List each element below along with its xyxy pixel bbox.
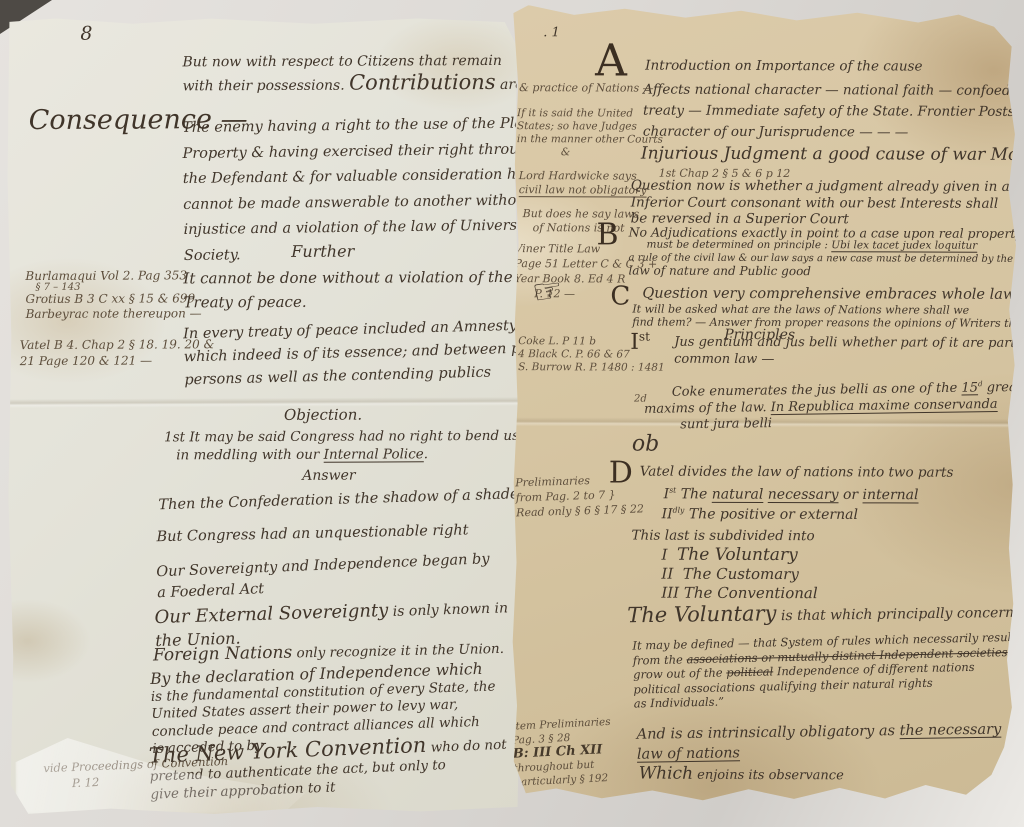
list-item: I The Voluntary (661, 546, 817, 566)
injurious-judgment-line: Injurious Judgment a good cause of war M… (641, 144, 1024, 166)
margin-note-practice: & practice of Nations — (519, 81, 654, 94)
section-letter-c: C (610, 281, 630, 311)
intrinsically-obligatory-paragraph: And is as intrinsically obligatory as th… (637, 720, 1002, 765)
left-page-number: 8 (80, 23, 92, 45)
positive-external-line: IIdly The positive or external (662, 506, 858, 523)
right-page-number: . 1 (543, 25, 560, 40)
manuscript-photo: 8 But now with respect to Citizens that … (0, 0, 1024, 827)
margin-note-coke-blackstone-burrow: Coke L. P 11 b 4 Black C. P. 66 & 67 S. … (518, 335, 665, 375)
further-heading: Further (291, 242, 354, 261)
coke-paragraph: Coke enumerates the jus belli as one of … (644, 376, 1023, 435)
objection-heading: Objection. (284, 406, 362, 424)
answer-point-2: But Congress had an unquestionable right (156, 522, 468, 545)
vattel-divides-line: Vatel divides the law of nations into tw… (640, 464, 954, 481)
subdivision-list: I The Voluntary II The Customary III The… (661, 546, 818, 604)
subdivided-intro-line: This last is subdivided into (632, 528, 815, 545)
section-letter-a: A (595, 35, 627, 86)
answer-heading: Answer (302, 468, 355, 484)
jus-gentium-paragraph: Jus gentium and jus belli whether part o… (674, 334, 1024, 369)
question-paragraph: Question now is whether a judgment alrea… (631, 178, 1019, 229)
margin-note-hardwicke: Lord Hardwicke says civil law not obliga… (519, 169, 647, 197)
section-c-heading: Question very comprehensive embraces who… (642, 286, 1024, 304)
amnesty-paragraph: In every treaty of peace included an Amn… (183, 314, 564, 393)
list-item: II The Customary (661, 565, 817, 585)
which-enjoins-line: Which enjoins its observance (639, 764, 844, 785)
left-manuscript-page: 8 But now with respect to Citizens that … (4, 15, 523, 817)
fold-crease (6, 397, 522, 408)
answer-point-1: Then the Confederation is the shadow of … (158, 486, 524, 513)
natural-necessary-line: Ist The natural necessary or internal (664, 486, 919, 504)
margin-note-law-of-nations: But does he say laws of Nations is not (523, 207, 640, 235)
section-flourish-mark: ob (632, 432, 659, 457)
section-b-paragraph: No Adjudications exactly in point to a c… (628, 226, 1022, 279)
objection-paragraph: 1st It may be said Congress had no right… (164, 427, 519, 465)
further-margin-citation: Burlamaqui Vol 2. Pag 353 § 7 – 143 Grot… (25, 268, 201, 322)
voluntary-heading: The Voluntary is that which principally … (627, 597, 1024, 627)
voluntary-definition-paragraph: It may be defined — that System of rules… (632, 630, 1017, 711)
margin-note-preliminaries: Preliminaries from Pag. 2 to 7 } Read on… (515, 471, 644, 520)
section-a-heading: Introduction on Importance of the cause (645, 58, 922, 75)
margin-note-item-preliminaries: Item Preliminaries Pag. 3 § 28 B: III Ch… (511, 715, 614, 790)
margin-note-judges: If it is said the United States; so have… (517, 107, 663, 160)
section-letter-b: B (597, 217, 619, 252)
answer-point-3: Our Sovereignty and Independence began b… (156, 549, 491, 604)
section-a-paragraph: Affects national character — national fa… (643, 80, 1024, 144)
manicule-pointer-icon: ☞ (530, 269, 566, 313)
further-paragraph: It cannot be done without a violation of… (183, 265, 512, 314)
consequence-paragraph: The enemy having a right to the use of t… (182, 111, 567, 269)
right-manuscript-page: . 1 A Introduction on Importance of the … (511, 5, 1020, 803)
